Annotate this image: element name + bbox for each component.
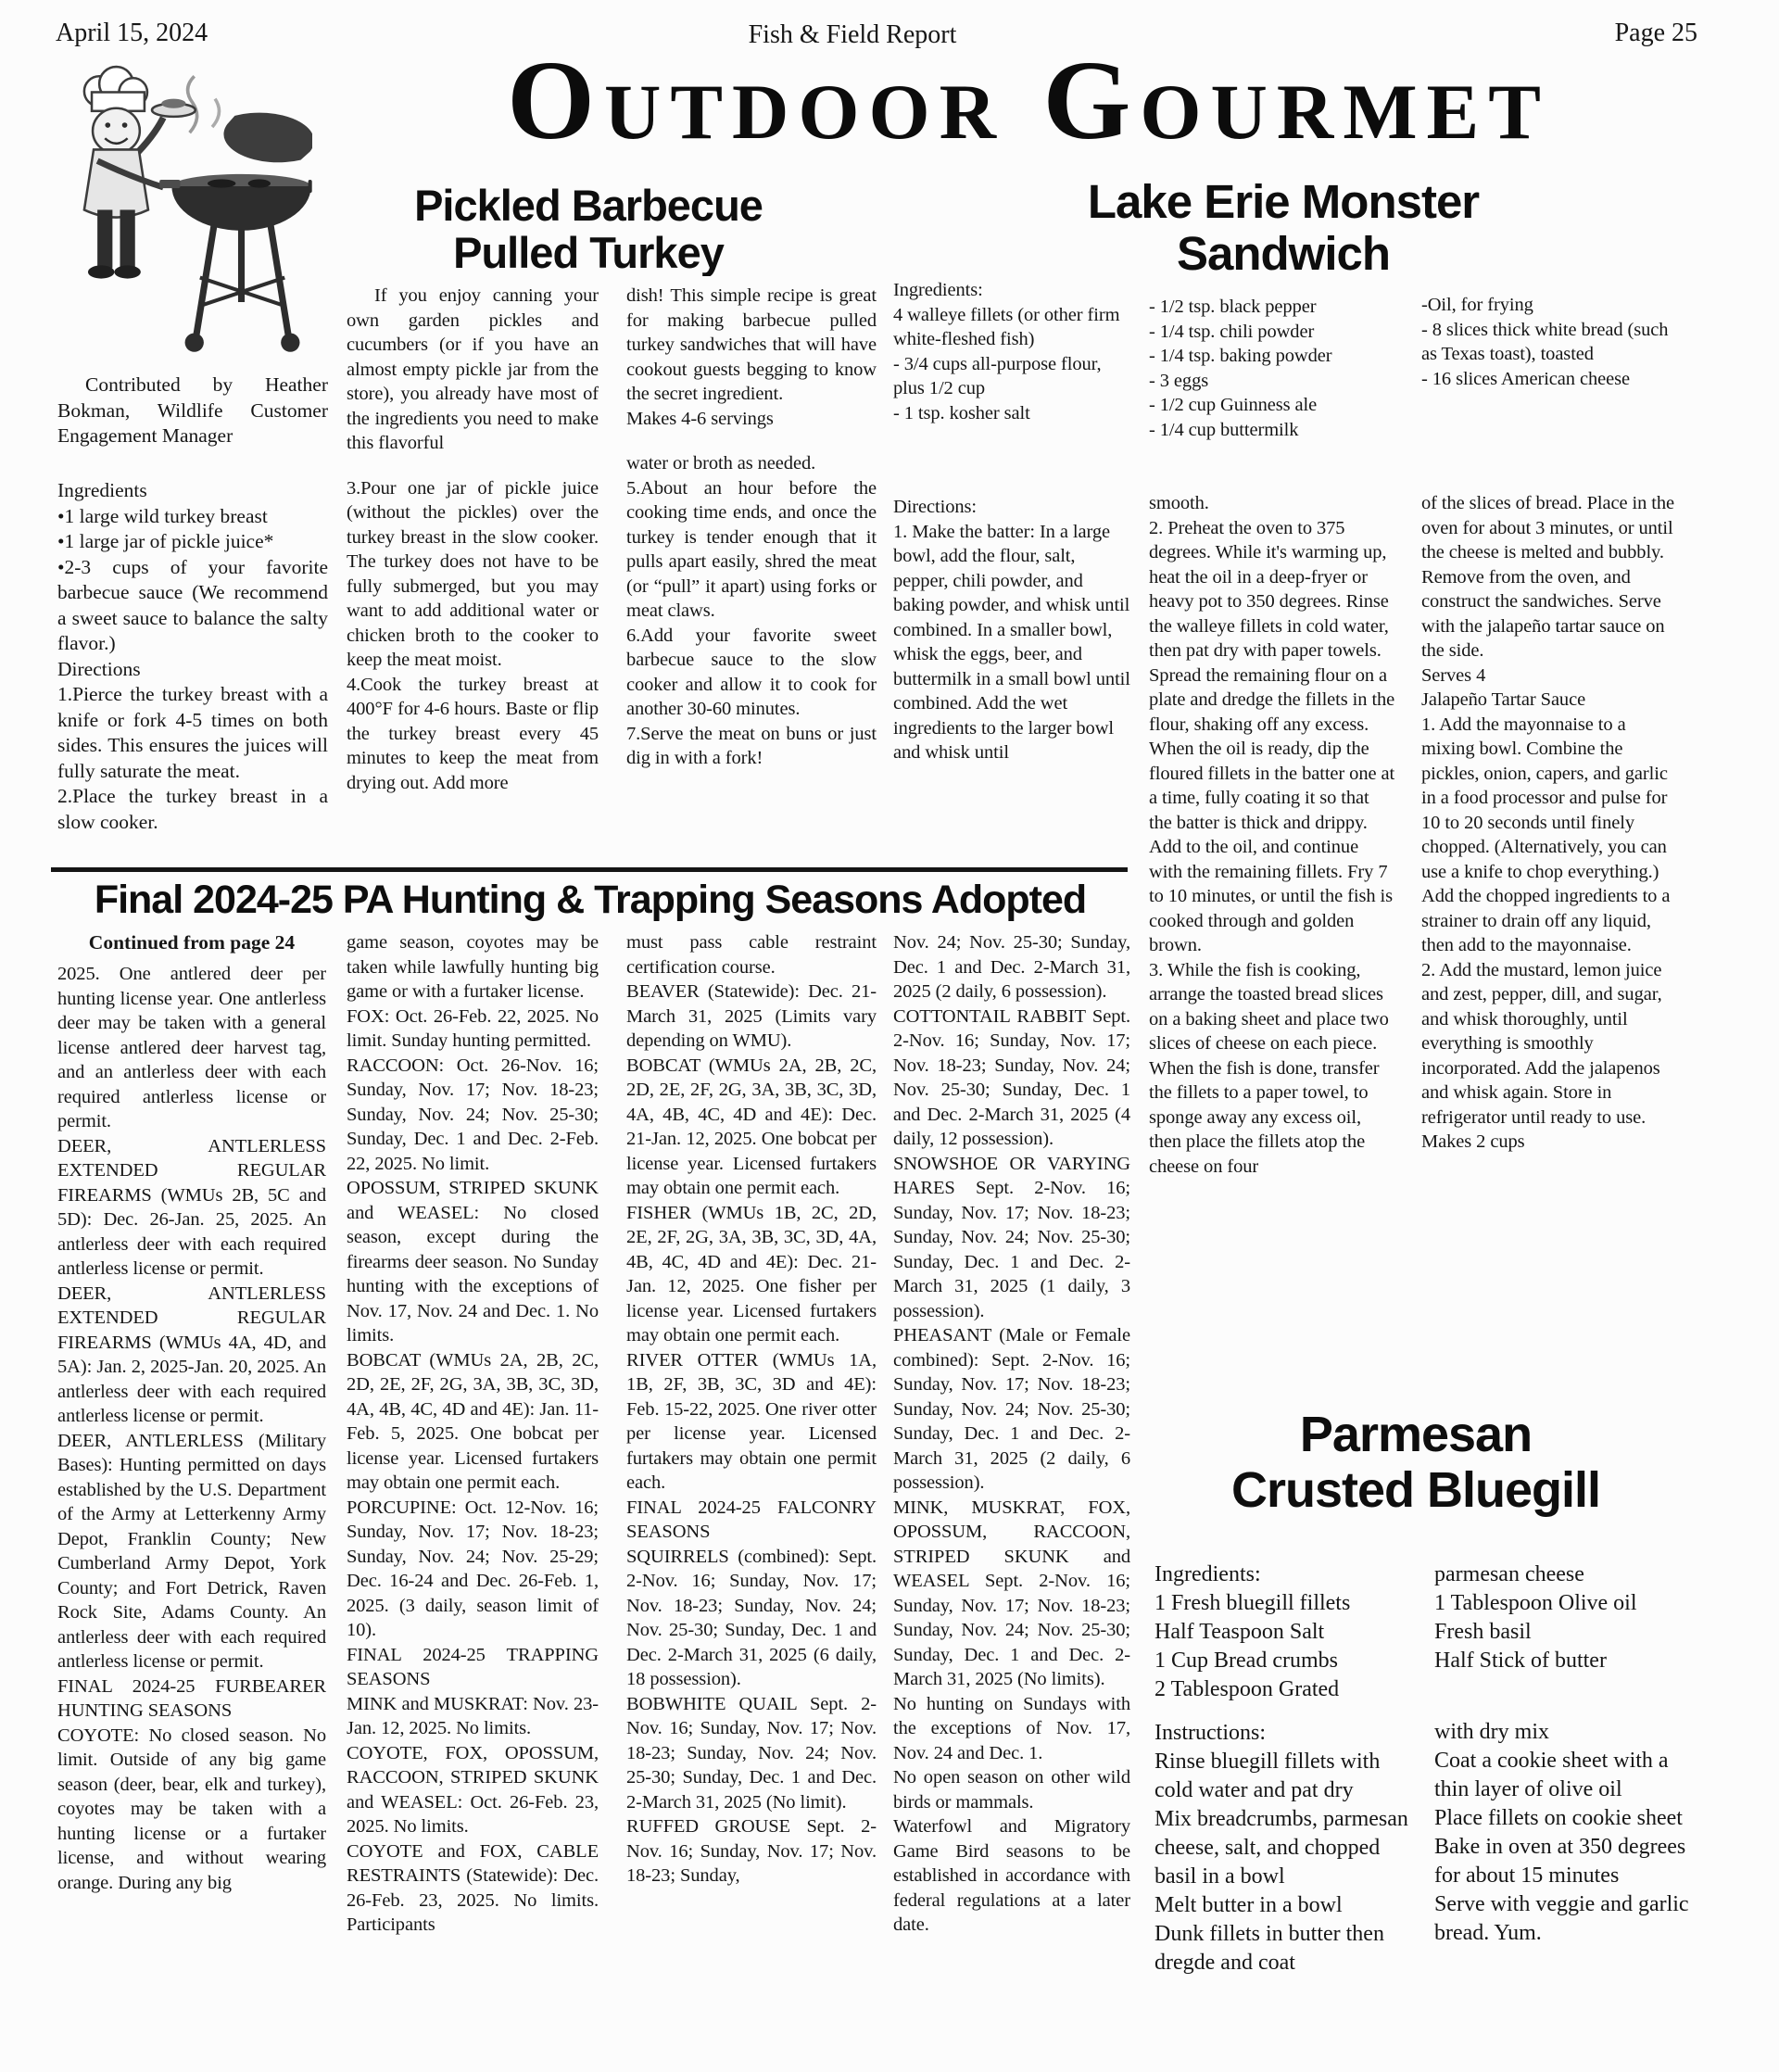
turkey-column-b: dish! This simple recipe is great for ma… — [626, 284, 877, 864]
turkey-ingredients-list: •1 large wild turkey breast •1 large jar… — [57, 504, 328, 657]
turkey-column-a: If you enjoy canning your own garden pic… — [347, 284, 599, 864]
bluegill-ingredients-list-1: 1 Fresh bluegill fillets Half Teaspoon S… — [1154, 1589, 1416, 1704]
turkey-directions-label: Directions — [57, 657, 328, 683]
sandwich-article-headline: Lake Erie Monster Sandwich — [880, 176, 1686, 280]
turkey-column-a-paragraph-2: 3.Pour one jar of pickle juice (without … — [347, 476, 599, 796]
bluegill-instructions-list-1: Rinse bluegill fillets with cold water a… — [1154, 1748, 1416, 1977]
sandwich-ingredients-column-3: -Oil, for frying - 8 slices thick white … — [1421, 293, 1677, 474]
hunting-column-4: Nov. 24; Nov. 25-30; Sunday, Dec. 1 and … — [893, 930, 1130, 2029]
bluegill-article-headline: Parmesan Crusted Bluegill — [1149, 1407, 1683, 1518]
newspaper-page: April 15, 2024 Fish & Field Report Page … — [0, 0, 1779, 2072]
chef-at-grill-icon — [48, 63, 312, 364]
hunting-column-3: must pass cable restraint certification … — [626, 930, 877, 2066]
section-masthead-title: Outdoor Gourmet — [306, 41, 1751, 180]
hunting-continued-from-note: Continued from page 24 — [57, 930, 326, 956]
turkey-contributed-byline: Contributed by Heather Bokman, Wildlife … — [57, 373, 328, 476]
hunting-column-1: 2025. One antlered deer per hunting lice… — [57, 962, 326, 2066]
bluegill-column-1: Ingredients: 1 Fresh bluegill fillets Ha… — [1154, 1560, 1416, 2068]
bluegill-ingredients-list-2: parmesan cheese 1 Tablespoon Olive oil F… — [1434, 1560, 1699, 1675]
hunting-article-headline: Final 2024-25 PA Hunting & Trapping Seas… — [54, 878, 1127, 922]
sandwich-ingredients-column-1: Ingredients: 4 walleye fillets (or other… — [893, 278, 1130, 489]
turkey-column-b-paragraph-1: dish! This simple recipe is great for ma… — [626, 284, 877, 431]
bluegill-column-2: parmesan cheese 1 Tablespoon Olive oil F… — [1434, 1560, 1699, 2068]
turkey-article-headline: Pickled Barbecue Pulled Turkey — [324, 182, 852, 276]
sandwich-directions-column-2: smooth. 2. Preheat the oven to 375 degre… — [1149, 491, 1395, 1375]
turkey-ingredients-directions-column: Ingredients •1 large wild turkey breast … — [57, 478, 328, 871]
hunting-section-divider — [51, 867, 1128, 872]
turkey-directions-steps: 1.Pierce the turkey breast with a knife … — [57, 682, 328, 835]
turkey-column-a-paragraph-1: If you enjoy canning your own garden pic… — [347, 284, 599, 456]
bluegill-instructions-list-2: with dry mix Coat a cookie sheet with a … — [1434, 1718, 1699, 1948]
turkey-ingredients-label: Ingredients — [57, 478, 328, 504]
hunting-column-2: game season, coyotes may be taken while … — [347, 930, 599, 2066]
sandwich-ingredients-column-2: - 1/2 tsp. black pepper - 1/4 tsp. chili… — [1149, 295, 1395, 476]
turkey-column-b-paragraph-2: water or broth as needed. 5.About an hou… — [626, 451, 877, 771]
sandwich-directions-column-3: of the slices of bread. Place in the ove… — [1421, 491, 1679, 1401]
bluegill-instructions-label: Instructions: — [1154, 1719, 1416, 1748]
bluegill-ingredients-label: Ingredients: — [1154, 1560, 1416, 1589]
sandwich-directions-column-1: Directions: 1. Make the batter: In a lar… — [893, 495, 1130, 858]
